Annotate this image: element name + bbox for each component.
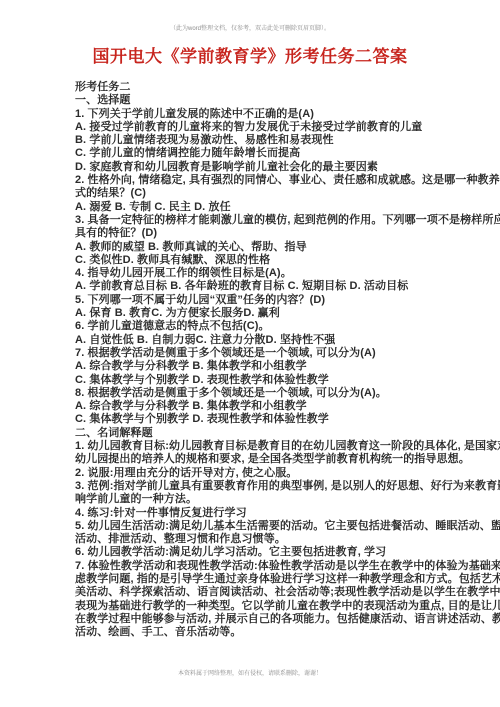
text-line: 美活动、科学探索活动、语言阅读活动、社会活动等;表现性教学活动是以学生在教学中的 bbox=[75, 586, 443, 599]
text-line: A. 教师的威望 B. 教师真诚的关心、帮助、指导 bbox=[75, 241, 443, 254]
text-line: 响学前儿童的一种方法。 bbox=[75, 493, 443, 506]
header-note: （此为word整理文档，仅参考，双击此处可删除页眉页脚）。 bbox=[0, 23, 500, 32]
document-body: 形考任务二一、选择题1. 下列关于学前儿童发展的陈述中不正确的是(A)A. 接受… bbox=[75, 81, 443, 639]
text-line: C. 集体教学与个别教学 D. 表现性教学和体验性教学 bbox=[75, 413, 443, 426]
text-line: 1. 幼儿园教育目标:幼儿园教育目标是教育目的在幼儿园教育这一阶段的具体化, 是… bbox=[75, 440, 443, 453]
text-line: 活动、绘画、手工、音乐活动等。 bbox=[75, 626, 443, 639]
text-line: A. 接受过学前教育的儿童将来的智力发展优于未接受过学前教育的儿童 bbox=[75, 121, 443, 134]
text-line: 活动、排泄活动、整理习惯和作息习惯等。 bbox=[75, 533, 443, 546]
document-page: （此为word整理文档，仅参考，双击此处可删除页眉页脚）。 国开电大《学前教育学… bbox=[0, 0, 500, 707]
footer-note: 本资料属于网络整理，如有侵权，请联系删除，谢谢！ bbox=[0, 668, 500, 677]
text-line: A. 综合教学与分科教学 B. 集体教学和小组教学 bbox=[75, 400, 443, 413]
text-line: A. 自觉性低 B. 自制力弱C. 注意力分散D. 坚持性不强 bbox=[75, 334, 443, 347]
text-line: A. 学前教育总目标 B. 各年龄班的教育目标 C. 短期目标 D. 活动目标 bbox=[75, 280, 443, 293]
text-line: 虑教学问题, 指的是引导学生通过亲身体验进行学习这样一种教学理念和方式。包括艺术… bbox=[75, 573, 443, 586]
text-line: 在教学过程中能够参与活动, 并展示自己的各项能力。包括健康活动、语言讲述活动、教… bbox=[75, 613, 443, 626]
text-line: 2. 性格外向, 情绪稳定, 具有强烈的同情心、事业心、责任感和成就感。这是哪一… bbox=[75, 174, 443, 187]
text-line: 一、选择题 bbox=[75, 94, 443, 107]
text-line: 6. 幼儿园教学活动:满足幼儿学习活动。它主要包括进教育, 学习 bbox=[75, 546, 443, 559]
text-line: 具有的特征？(D) bbox=[75, 227, 443, 240]
text-line: 式的结果？(C) bbox=[75, 187, 443, 200]
text-line: C. 集体教学与个别教学 D. 表现性教学和体验性教学 bbox=[75, 374, 443, 387]
text-line: A. 综合教学与分科教学 B. 集体教学和小组教学 bbox=[75, 360, 443, 373]
text-line: C. 类似性D. 教师具有缄默、深思的性格 bbox=[75, 254, 443, 267]
text-line: 3. 范例:指对学前儿童具有重要教育作用的典型事例, 是以别人的好思想、好行为来… bbox=[75, 480, 443, 493]
text-line: 5. 下列哪一项不属于幼儿园“双重”任务的内容？(D) bbox=[75, 294, 443, 307]
text-line: 8. 根据教学活动是侧重于多个领域还是一个领域, 可以分为(A)。 bbox=[75, 387, 443, 400]
text-line: 6. 学前儿童道德意志的特点不包括(C)。 bbox=[75, 320, 443, 333]
text-line: A. 溺爱 B. 专制 C. 民主 D. 放任 bbox=[75, 201, 443, 214]
text-line: 1. 下列关于学前儿童发展的陈述中不正确的是(A) bbox=[75, 108, 443, 121]
text-line: 形考任务二 bbox=[75, 81, 443, 94]
text-line: D. 家庭教育和幼儿园教育是影响学前儿童社会化的最主要因素 bbox=[75, 161, 443, 174]
text-line: C. 学前儿童的情绪调控能力随年龄增长而提高 bbox=[75, 147, 443, 160]
text-line: 4. 指导幼儿园开展工作的纲领性目标是(A)。 bbox=[75, 267, 443, 280]
text-line: A. 保育 B. 教育C. 为方便家长服务D. 赢利 bbox=[75, 307, 443, 320]
text-line: 5. 幼儿园生活活动:满足幼儿基本生活需要的活动。它主要包括进餐活动、睡眠活动、… bbox=[75, 520, 443, 533]
text-line: 表现为基础进行教学的一种类型。它以学前儿童在教学中的表现活动为重点, 目的是让儿… bbox=[75, 600, 443, 613]
text-line: 4. 练习:针对一件事情反复进行学习 bbox=[75, 507, 443, 520]
text-line: 7. 根据教学活动是侧重于多个领域还是一个领域, 可以分为(A) bbox=[75, 347, 443, 360]
text-line: 幼儿园提出的培养人的规格和要求, 是全国各类型学前教育机构统一的指导思想。 bbox=[75, 453, 443, 466]
text-line: 二、名词解释题 bbox=[75, 427, 443, 440]
text-line: 3. 具备一定特征的榜样才能刺激儿童的模仿, 起到范例的作用。下列哪一项不是榜样… bbox=[75, 214, 443, 227]
text-line: 2. 说服:用理由充分的话开导对方, 使之心服。 bbox=[75, 467, 443, 480]
text-line: B. 学前儿童情绪表现为易激动性、易感性和易表现性 bbox=[75, 134, 443, 147]
page-title: 国开电大《学前教育学》形考任务二答案 bbox=[0, 46, 500, 68]
text-line: 7. 体验性教学活动和表现性教学活动:体验性教学活动是以学生在教学中的体验为基础… bbox=[75, 560, 443, 573]
